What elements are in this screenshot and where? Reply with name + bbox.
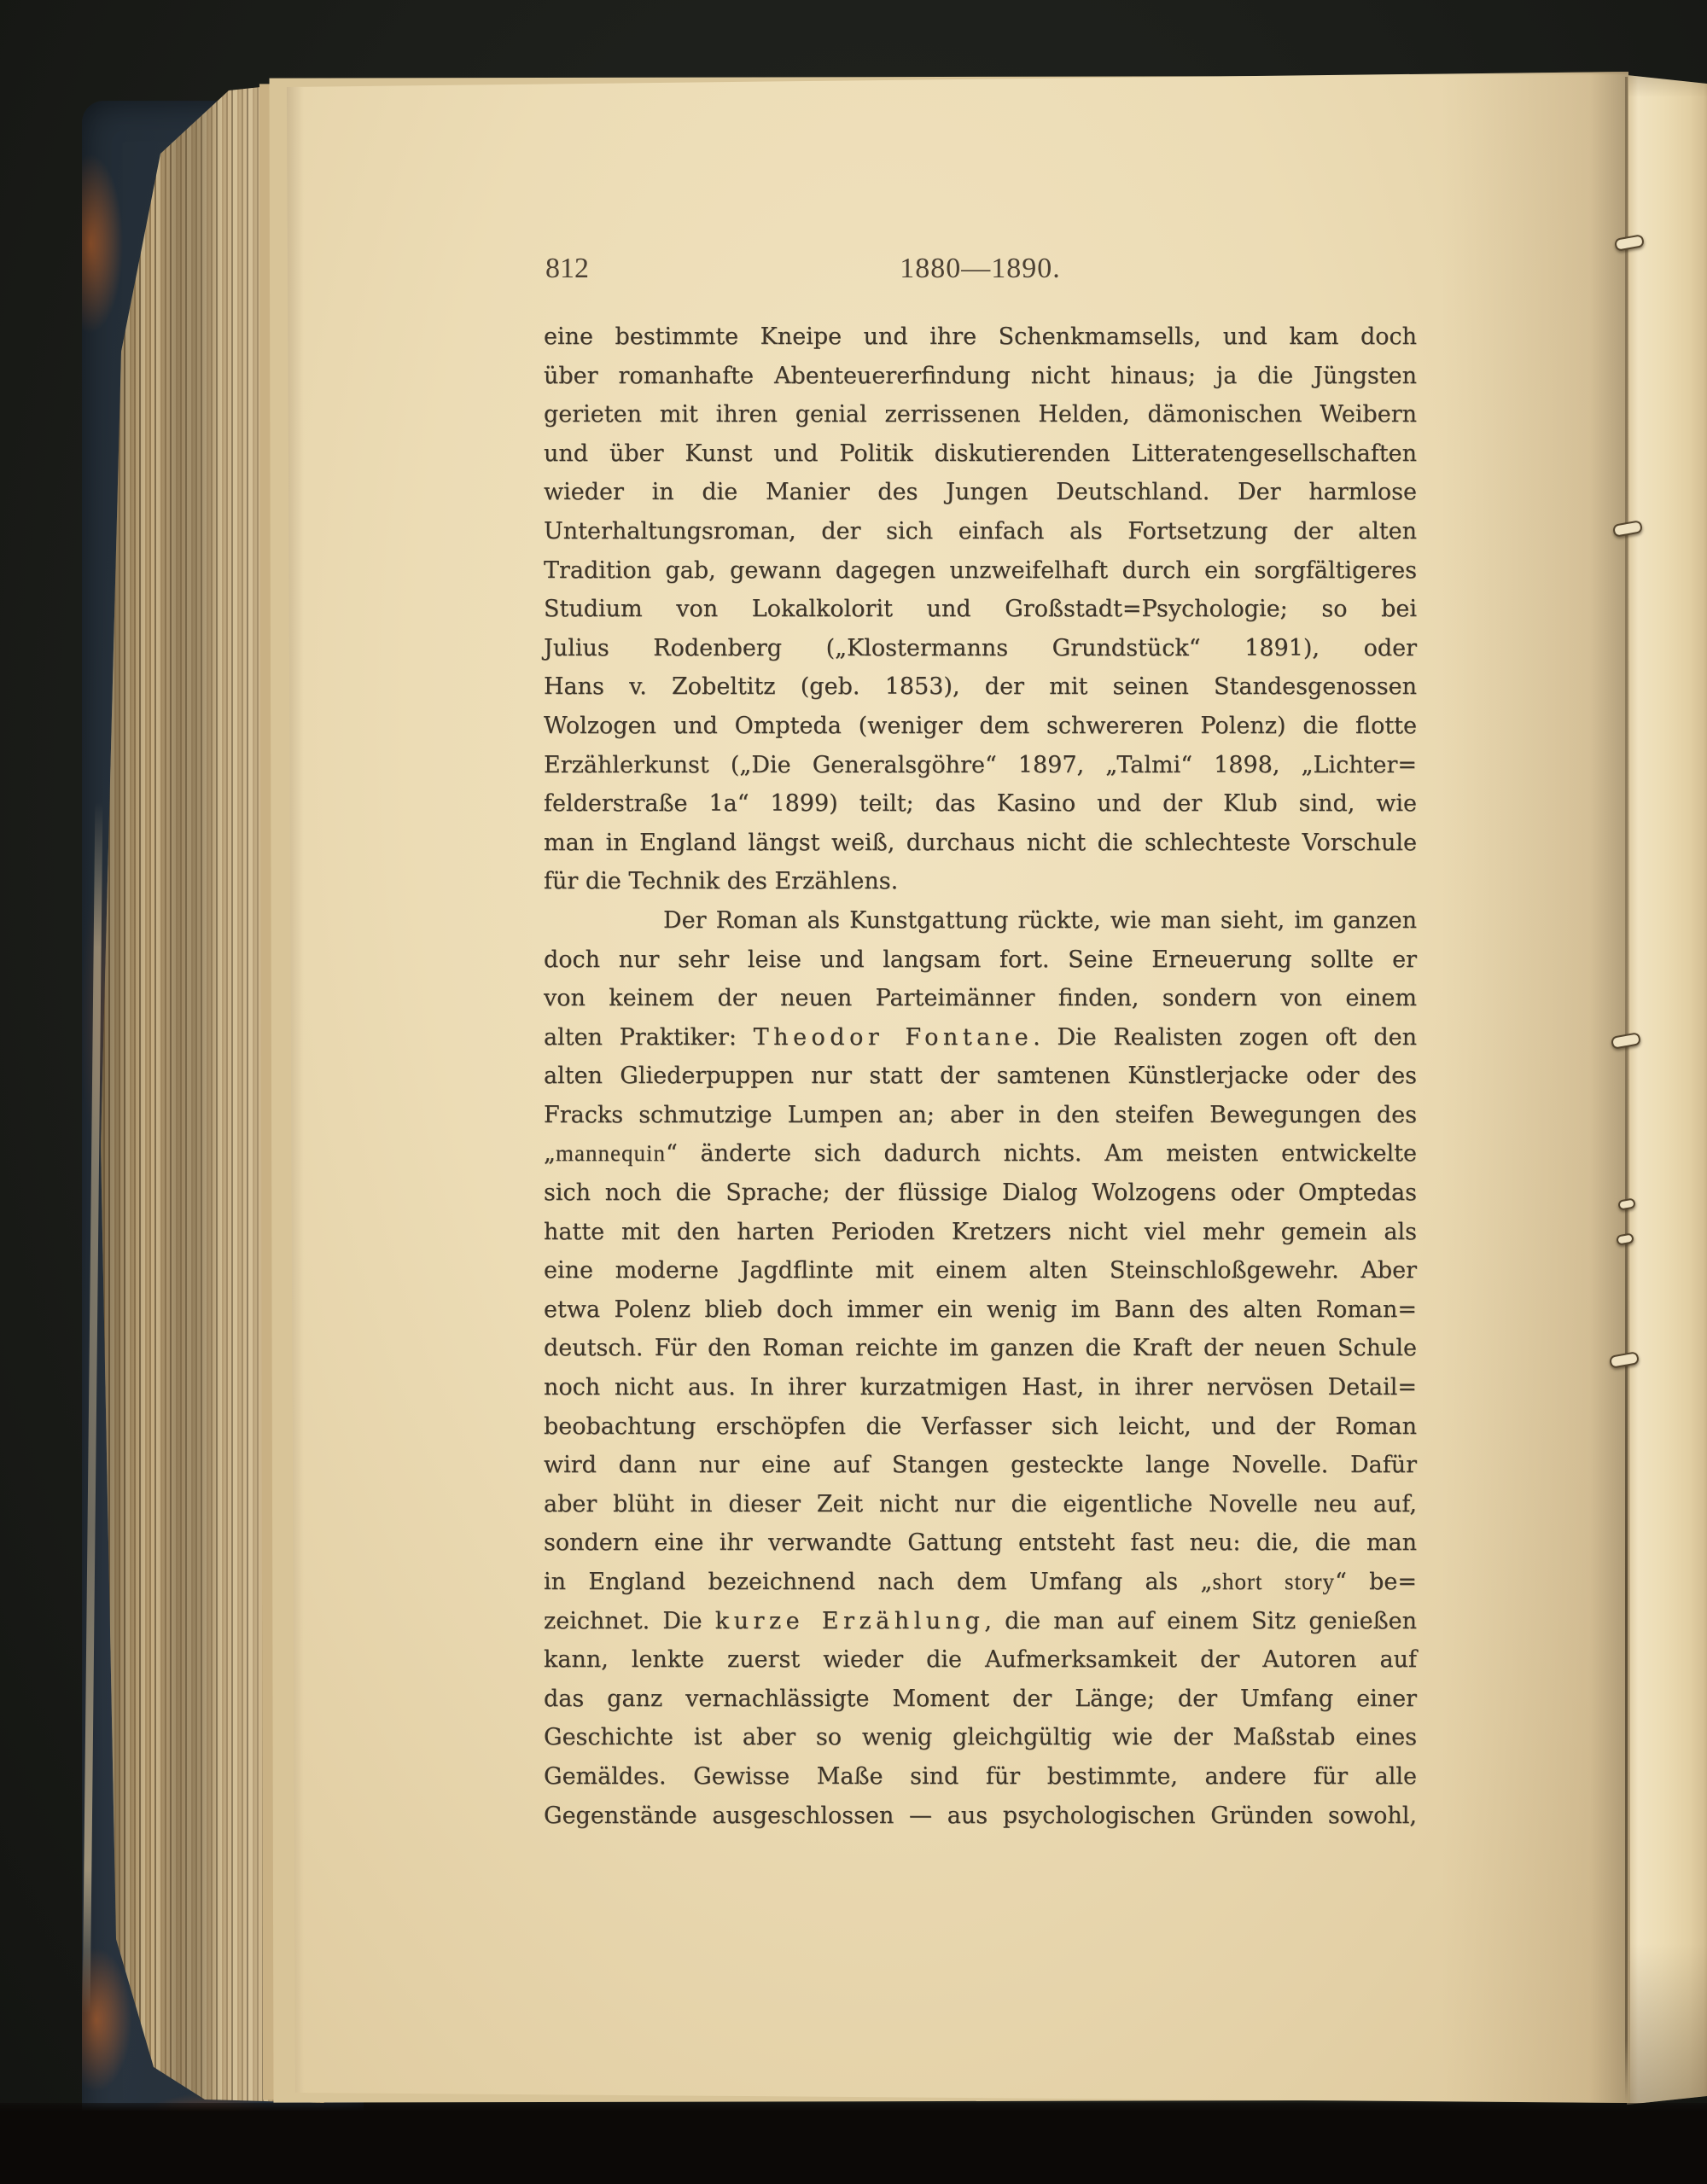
- text-line: alten Gliederpuppen nur statt der samten…: [544, 1057, 1417, 1096]
- text-line: „mannequin“ änderte sich dadurch nichts.…: [544, 1134, 1417, 1174]
- text-line: wieder in die Manier des Jungen Deutschl…: [544, 473, 1417, 512]
- text-line: eine moderne Jagdflinte mit einem alten …: [544, 1251, 1417, 1290]
- running-head: 1880—1890.: [544, 253, 1417, 285]
- text-line: Gegenstände ausgeschlossen — aus psychol…: [544, 1797, 1417, 1836]
- text-line: aber blüht in dieser Zeit nicht nur die …: [544, 1485, 1417, 1524]
- text-line: Der Roman als Kunstgattung rückte, wie m…: [544, 901, 1417, 941]
- text-line: über romanhafte Abenteuererfindung nicht…: [544, 357, 1417, 396]
- text-line: kann, lenkte zuerst wieder die Aufmerksa…: [544, 1640, 1417, 1680]
- text-line: doch nur sehr leise und langsam fort. Se…: [544, 941, 1417, 980]
- text-line: deutsch. Für den Roman reichte im ganzen…: [544, 1329, 1417, 1368]
- text-line: gerieten mit ihren genial zerrissenen He…: [544, 395, 1417, 434]
- book-photo-scene: 812 1880—1890. eine bestimmte Kneipe und…: [0, 0, 1707, 2184]
- text-block: eine bestimmte Kneipe und ihre Schenkmam…: [544, 317, 1417, 1835]
- gutter-crease: [1625, 77, 1628, 2101]
- text-line: hatte mit den harten Perioden Kretzers n…: [544, 1213, 1417, 1252]
- text-line: etwa Polenz blieb doch immer ein wenig i…: [544, 1290, 1417, 1330]
- text-line: felderstraße 1a“ 1899) teilt; das Kasino…: [544, 784, 1417, 824]
- text-line: noch nicht aus. In ihrer kurzatmigen Has…: [544, 1368, 1417, 1407]
- text-line: Fracks schmutzige Lumpen an; aber in den…: [544, 1096, 1417, 1135]
- text-line: beobachtung erschöpfen die Verfasser sic…: [544, 1407, 1417, 1447]
- text-line: Gemäldes. Gewisse Maße sind für bestimmt…: [544, 1757, 1417, 1797]
- text-line: zeichnet. Die kurze Erzählung, die man a…: [544, 1602, 1417, 1641]
- page-header: 812 1880—1890.: [544, 253, 1417, 292]
- text-line: in England bezeichnend nach dem Umfang a…: [544, 1563, 1417, 1602]
- text-line: das ganz vernachlässigte Moment der Läng…: [544, 1680, 1417, 1719]
- text-line: Julius Rodenberg („Klostermanns Grundstü…: [544, 629, 1417, 668]
- text-line: für die Technik des Erzählens.: [544, 862, 1417, 901]
- text-line: Wolzogen und Ompteda (weniger dem schwer…: [544, 707, 1417, 746]
- text-line: man in England längst weiß, durchaus nic…: [544, 824, 1417, 863]
- text-line: eine bestimmte Kneipe und ihre Schenkmam…: [544, 317, 1417, 357]
- facing-page-strip: [1627, 72, 1707, 2106]
- text-line: Erzählerkunst („Die Generalsgöhre“ 1897,…: [544, 746, 1417, 785]
- text-line: Unterhaltungsroman, der sich einfach als…: [544, 512, 1417, 551]
- text-line: wird dann nur eine auf Stangen gesteckte…: [544, 1446, 1417, 1485]
- text-line: Tradition gab, gewann dagegen unzweifelh…: [544, 551, 1417, 591]
- text-line: Studium von Lokalkolorit und Großstadt=P…: [544, 590, 1417, 629]
- text-line: von keinem der neuen Parteimänner finden…: [544, 979, 1417, 1018]
- text-line: alten Praktiker: Theodor Fontane. Die Re…: [544, 1018, 1417, 1057]
- text-line: und über Kunst und Politik diskutierende…: [544, 434, 1417, 474]
- text-line: Hans v. Zobeltitz (geb. 1853), der mit s…: [544, 667, 1417, 707]
- text-line: sich noch die Sprache; der flüssige Dial…: [544, 1174, 1417, 1213]
- text-line: sondern eine ihr verwandte Gattung entst…: [544, 1523, 1417, 1563]
- bottom-shadow: [0, 2103, 1707, 2184]
- text-line: Geschichte ist aber so wenig gleichgülti…: [544, 1718, 1417, 1757]
